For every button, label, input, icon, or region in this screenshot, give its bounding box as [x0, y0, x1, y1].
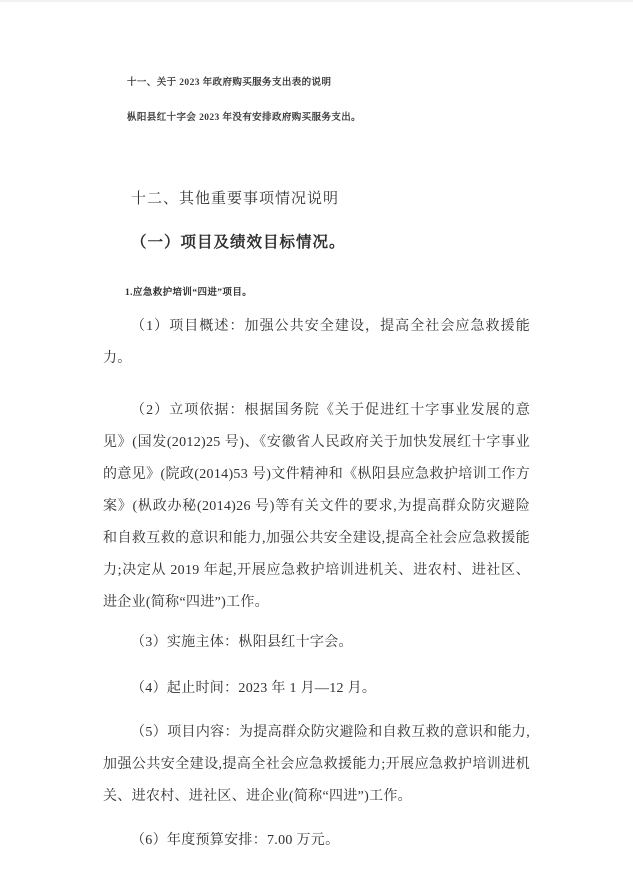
para-project-content: （5）项目内容：为提高群众防灾避险和自救互救的意识和能力,加强公共安全建设,提高…: [103, 717, 530, 813]
para-implementer: （3）实施主体：枞阳县红十字会。: [103, 627, 530, 659]
document-page: 十一、关于 2023 年政府购买服务支出表的说明 枞阳县红十字会 2023 年没…: [0, 0, 633, 895]
para-project-overview: （1）项目概述：加强公共安全建设，提高全社会应急救援能力。: [103, 311, 530, 375]
para-annual-budget: （6）年度预算安排：7.00 万元。: [103, 825, 530, 857]
para-duration: （4）起止时间：2023 年 1 月—12 月。: [103, 673, 530, 705]
note-section-11-title: 十一、关于 2023 年政府购买服务支出表的说明: [127, 76, 530, 90]
subsection-heading-project-goals: （一）项目及绩效目标情况。: [131, 233, 530, 253]
item-1-emergency-training-title: 1.应急救护培训“四进”项目。: [125, 286, 530, 300]
note-no-procurement: 枞阳县红十字会 2023 年没有安排政府购买服务支出。: [127, 111, 530, 125]
para-project-basis: （2）立项依据：根据国务院《关于促进红十字事业发展的意见》(国发(2012)25…: [103, 395, 530, 619]
section-heading-12: 十二、其他重要事项情况说明: [131, 189, 530, 209]
